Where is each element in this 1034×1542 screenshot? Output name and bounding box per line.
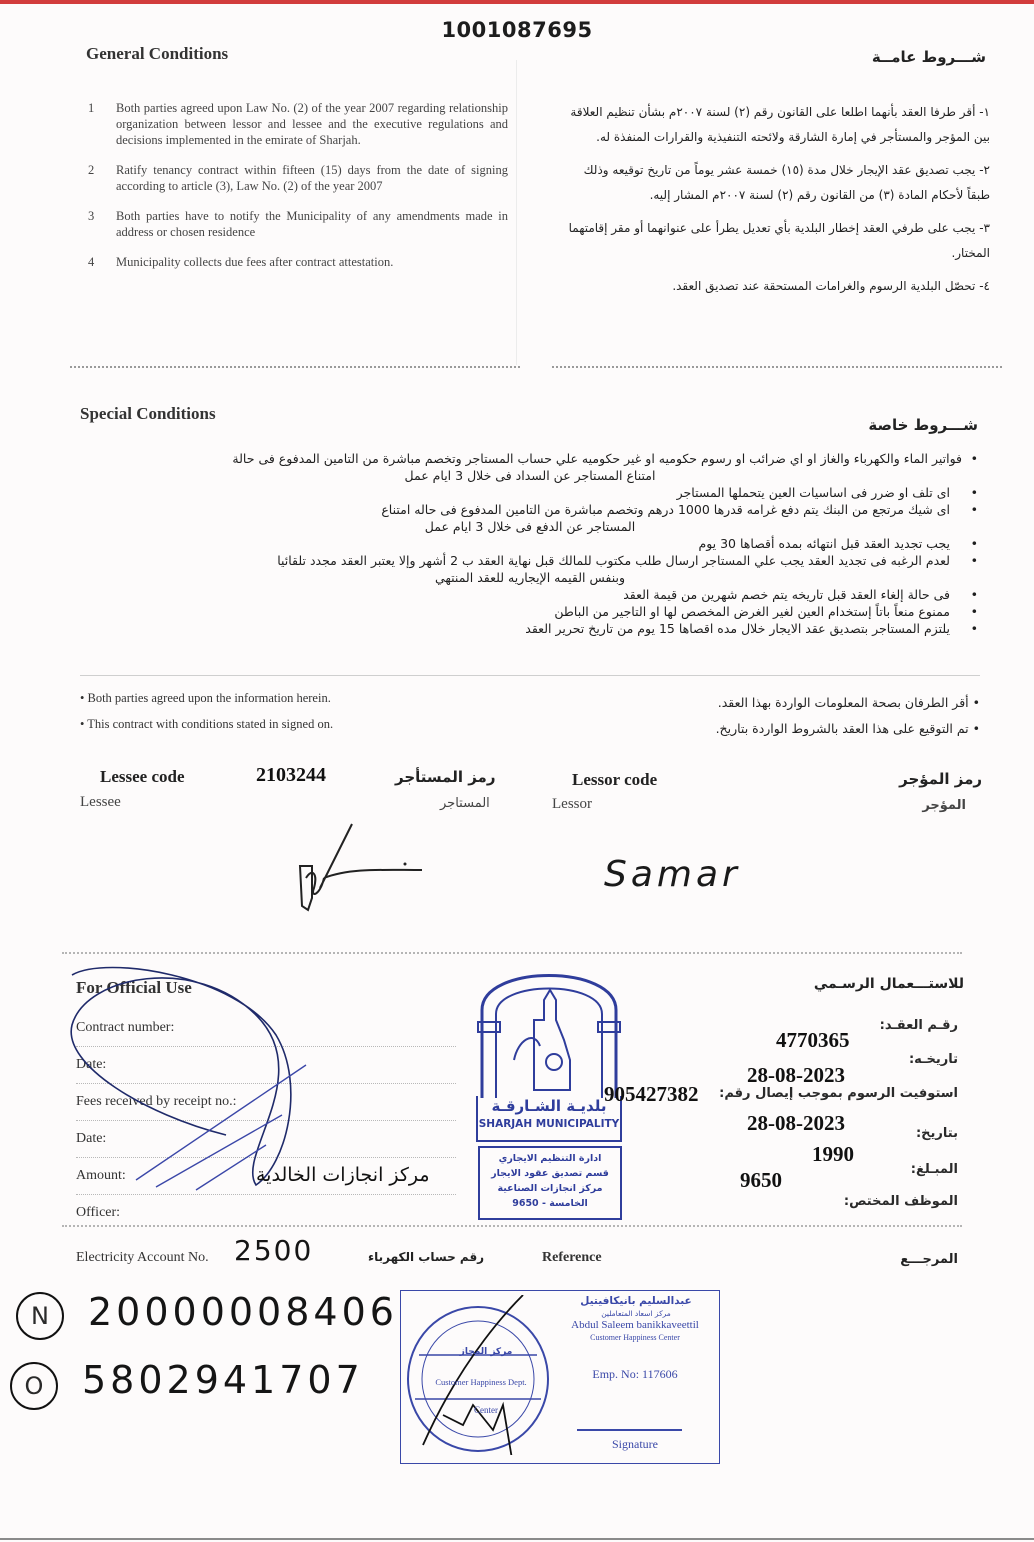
- receipt-number-value: 905427382: [604, 1082, 699, 1107]
- special-conditions-title-ar: شـــروط خاصة: [868, 416, 978, 434]
- special-condition-continued: وبنفس القيمه الإيجاريه للعقد المنتهي: [80, 569, 980, 586]
- agreement-line: • تم التوقيع على هذا العقد بالشروط الوار…: [560, 716, 980, 742]
- seal-center-en: Center: [441, 1405, 531, 1415]
- general-condition-en: 4Municipality collects due fees after co…: [88, 254, 508, 270]
- handwritten-loop-mark: [66, 955, 366, 1195]
- handwritten-circle-o: O: [10, 1362, 58, 1410]
- special-condition: يجب تجديد العقد قبل انتهائه بمده أقصاها …: [80, 535, 980, 552]
- stamp-line: ادارة التنظيم الايجاري: [480, 1151, 620, 1166]
- electricity-account-label-ar: رقم حساب الكهرباء: [368, 1250, 484, 1264]
- handwritten-number-o: 5802941707: [82, 1358, 364, 1402]
- official-use-title-ar: للاستـــعمال الرسـمي: [814, 976, 964, 992]
- section-divider: [62, 1225, 962, 1227]
- official-label-ar: رقـم العقـد:: [880, 1018, 958, 1033]
- amount-value: 1990: [812, 1142, 854, 1167]
- special-condition-continued: امتناع المستاجر عن السداد فى خلال 3 ايام…: [80, 467, 980, 484]
- lessor-signature: Samar: [604, 854, 741, 895]
- special-condition: اى تلف او ضرر فى اساسيات العين يتحملها ا…: [80, 484, 980, 501]
- special-conditions-list: فواتير الماء والكهرباء والغاز او اي ضرائ…: [80, 450, 980, 637]
- employee-dept-ar: مركز اسعاد المتعاملين: [561, 1309, 711, 1318]
- general-condition-en: 2Ratify tenancy contract within fifteen …: [88, 162, 508, 194]
- reference-label: Reference: [542, 1250, 602, 1266]
- contract-number-value: 4770365: [776, 1028, 850, 1053]
- top-edge-band: [0, 0, 1034, 4]
- special-condition: فواتير الماء والكهرباء والغاز او اي ضرائ…: [80, 450, 980, 467]
- lessor-code-label: Lessor code: [572, 770, 657, 790]
- municipality-name-en: SHARJAH MUNICIPALITY: [478, 1116, 620, 1132]
- handwritten-circle-n: N: [16, 1292, 64, 1340]
- official-label-ar: تاريخـه:: [909, 1052, 958, 1067]
- seal-center-ar: مركز المجاز: [441, 1347, 531, 1357]
- signature-label: Signature: [551, 1437, 719, 1452]
- official-label-ar: المبـلغ:: [911, 1162, 958, 1177]
- electricity-account-label: Electricity Account No.: [76, 1250, 209, 1266]
- lessor-label: Lessor: [552, 796, 592, 813]
- stamp-line: مركز انجازات الصناعية: [480, 1181, 620, 1196]
- circular-seal-icon: [403, 1295, 553, 1455]
- column-divider: [516, 60, 517, 365]
- agreement-ar: • أقر الطرفان بصحة المعلومات الواردة بهذ…: [560, 690, 980, 742]
- special-condition: يلتزم المستاجر بتصديق عقد الايجار خلال م…: [80, 620, 980, 637]
- lessee-signature: [290, 818, 440, 918]
- agreement-line: • This contract with conditions stated i…: [80, 711, 333, 737]
- general-conditions-list-ar: ١- أقر طرفا العقد بأنهما اطلعا على القان…: [560, 100, 990, 307]
- special-conditions-title-en: Special Conditions: [80, 404, 216, 424]
- general-conditions-title-en: General Conditions: [86, 44, 228, 64]
- special-condition: لعدم الرغبه فى تجديد العقد يجب علي المست…: [80, 552, 980, 569]
- general-condition-ar: ١- أقر طرفا العقد بأنهما اطلعا على القان…: [560, 100, 990, 150]
- lessee-code-value: 2103244: [256, 764, 326, 787]
- electricity-account-handwritten: 2500: [234, 1234, 313, 1267]
- section-divider: [80, 675, 980, 676]
- signature-line: [577, 1429, 682, 1431]
- employee-dept-en: Customer Happiness Center: [551, 1333, 719, 1342]
- municipality-arch-logo-icon: [474, 950, 624, 1100]
- sharjah-municipality-stamp: بلديـة الشـارقـة SHARJAH MUNICIPALITY اد…: [474, 950, 624, 1220]
- general-condition-en: 1Both parties agreed upon Law No. (2) of…: [88, 100, 508, 148]
- stamp-line: الخامسة - 9650: [480, 1196, 620, 1211]
- section-divider: [70, 366, 520, 368]
- lessor-label-ar: المؤجر: [922, 798, 966, 813]
- officer-value: 9650: [740, 1168, 782, 1193]
- handwritten-center-name: مركز انجازات الخالدية: [256, 1164, 430, 1186]
- seal-dept-en: Customer Happiness Dept.: [421, 1377, 541, 1387]
- lessee-code-label: Lessee code: [100, 767, 185, 787]
- contract-date-value: 28-08-2023: [747, 1063, 845, 1088]
- receipt-date-value: 28-08-2023: [747, 1111, 845, 1136]
- special-condition: اى شيك مرتجع من البنك يتم دفع غرامه قدره…: [80, 501, 980, 518]
- document-number: 1001087695: [0, 18, 1034, 42]
- agreement-en: • Both parties agreed upon the informati…: [80, 685, 333, 737]
- agreement-line: • Both parties agreed upon the informati…: [80, 685, 333, 711]
- special-condition: ممنوع منعاً باتاً إستخدام العين لغير الغ…: [80, 603, 980, 620]
- special-condition-continued: المستاجر عن الدفع فى خلال 3 ايام عمل: [80, 518, 980, 535]
- general-condition-en: 3Both parties have to notify the Municip…: [88, 208, 508, 240]
- reference-label-ar: المرجـــع: [900, 1252, 958, 1267]
- customer-happiness-stamp: مركز المجاز Customer Happiness Dept. Cen…: [400, 1290, 720, 1464]
- official-label-ar: بتاريخ:: [916, 1126, 958, 1141]
- general-conditions-title-ar: شـــروط عامــة: [872, 48, 986, 66]
- lessee-label-ar: المستاجر: [440, 796, 490, 811]
- section-divider: [552, 366, 1002, 368]
- general-condition-ar: ٢- يجب تصديق عقد الإيجار خلال مدة (١٥) خ…: [560, 158, 990, 208]
- official-label-ar: استوفيت الرسوم بموجب إيصال رقم:: [719, 1086, 958, 1101]
- general-condition-ar: ٤- تحصّل البلدية الرسوم والغرامات المستح…: [560, 274, 990, 299]
- special-condition: فى حالة إلغاء العقد قبل تاريخه يتم خصم ش…: [80, 586, 980, 603]
- employee-number: Emp. No: 117606: [551, 1367, 719, 1382]
- lessor-code-label-ar: رمز المؤجر: [899, 770, 982, 788]
- employee-name-ar: عبدالسليم بانيكافيتيل: [561, 1295, 711, 1307]
- official-label-ar: الموظف المختص:: [844, 1194, 958, 1209]
- lessee-label: Lessee: [80, 794, 121, 811]
- bottom-edge: [0, 1538, 1034, 1540]
- handwritten-number-n: 20000008406: [88, 1290, 398, 1334]
- municipality-name-ar: بلديـة الشـارقـة: [478, 1096, 620, 1116]
- lessee-code-label-ar: رمز المستأجر: [395, 768, 495, 786]
- employee-name-en: Abdul Saleem banikkaveettil: [551, 1319, 719, 1331]
- agreement-line: • أقر الطرفان بصحة المعلومات الواردة بهذ…: [560, 690, 980, 716]
- stamp-line: قسم تصديق عقود الايجار: [480, 1166, 620, 1181]
- general-conditions-list-en: 1Both parties agreed upon Law No. (2) of…: [88, 100, 508, 284]
- general-condition-ar: ٣- يجب على طرفي العقد إخطار البلدية بأي …: [560, 216, 990, 266]
